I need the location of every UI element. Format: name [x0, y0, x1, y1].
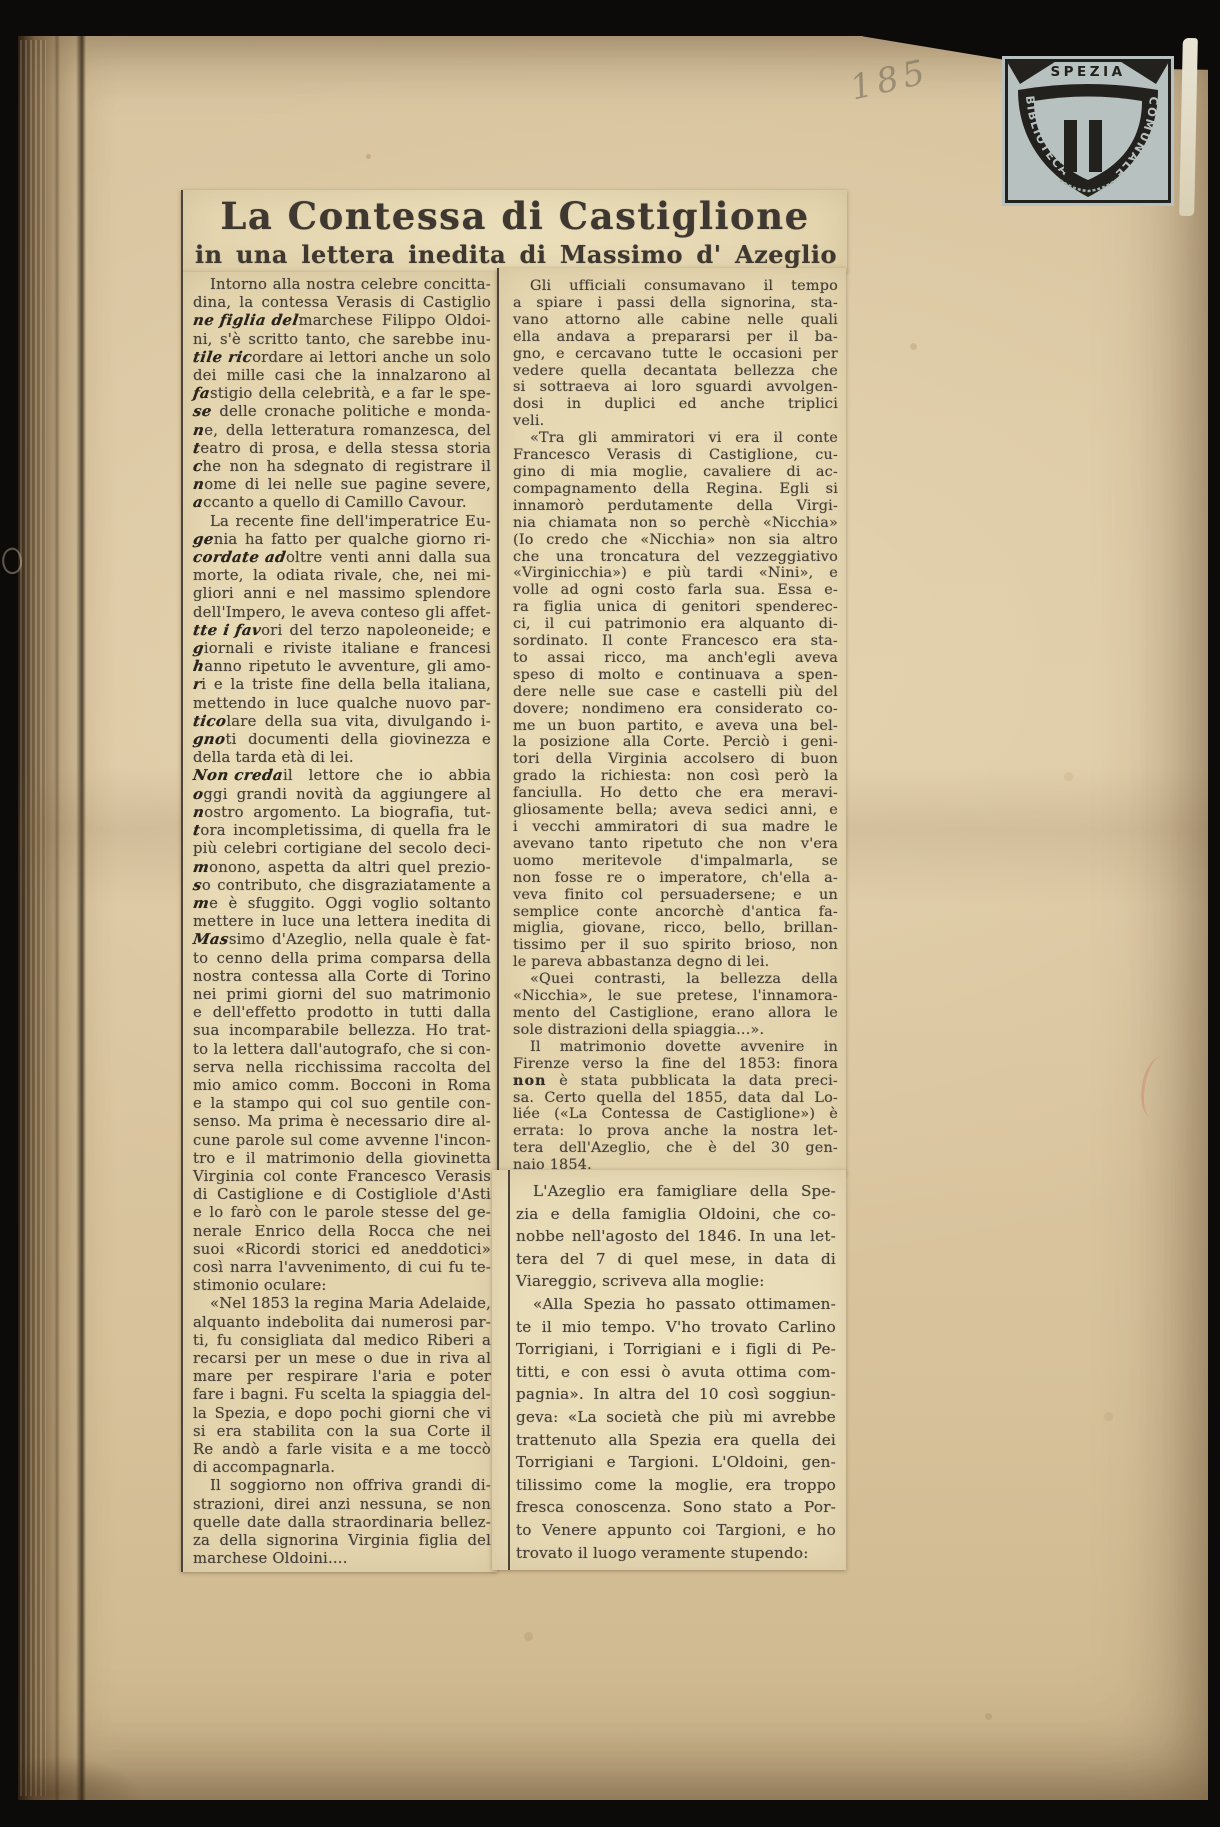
text-line: «Tra gli ammiratori vi era il conte — [513, 430, 838, 447]
text-line: nia chiamata non so perchè «Nicchia» — [513, 515, 838, 532]
text-line: ti, fu consigliata dal medico Riberi a — [193, 1332, 491, 1350]
stamp-numeral-bar — [1089, 120, 1102, 172]
text-line: cune parole sul come avvenne l'incon- — [193, 1132, 491, 1150]
text-line: le pareva abbastanza degno di lei. — [513, 954, 838, 971]
foxing-spots — [366, 154, 371, 159]
text-line: dovere; nondimeno era considerato co- — [513, 701, 838, 718]
text-line: oggi grandi novità da aggiungere al — [193, 786, 491, 804]
text-line: sole distrazioni della spiaggia...». — [513, 1022, 838, 1039]
text-line: grado la richiesta: non così però la — [513, 768, 838, 785]
text-line: semplice conte ancorchè d'antica fa- — [513, 904, 838, 921]
text-line: si era stabilita con la sua Corte il — [193, 1423, 491, 1441]
text-line: sordinato. Il conte Francesco era sta- — [513, 633, 838, 650]
handwritten-correction: a — [192, 494, 205, 512]
text-line: zia e della famiglia Oldoini, che co- — [516, 1203, 836, 1226]
text-line: Il soggiorno non offriva grandi di- — [193, 1477, 491, 1495]
text-line: L'Azeglio era famigliare della Spe- — [516, 1180, 836, 1203]
text-line: tori della Virginia accolsero di buon — [513, 751, 838, 768]
handwritten-correction: t — [192, 440, 202, 458]
text-line: nobbe nell'agosto del 1846. In una let- — [516, 1225, 836, 1248]
clipping-left-column: Intorno alla nostra celebre concitta-din… — [181, 272, 497, 1572]
text-line: Re andò a farle visita e a me toccò — [193, 1441, 491, 1459]
text-line: di accompagnarla. — [193, 1459, 491, 1477]
handwritten-correction: h — [192, 658, 206, 676]
text-line: miglia, giovane, ricco, bello, brillan- — [513, 920, 838, 937]
text-line: «Nel 1853 la regina Maria Adelaide, — [193, 1295, 491, 1313]
clipping-headline: La Contessa di Castiglione in una letter… — [181, 190, 847, 272]
text-line: volle ad ogni costo farla sua. Essa e- — [513, 582, 838, 599]
library-stamp: SPEZIA BIBLIOTECA COMUNALE — [1002, 56, 1174, 206]
handwritten-correction: tte i fav — [192, 622, 263, 640]
text-line: ella andava a prepararsi per il ba- — [513, 329, 838, 346]
text-line: za della signorina Virginia figlia del — [193, 1532, 491, 1550]
text-line: Francesco Verasis di Castiglione, cu- — [513, 447, 838, 464]
text-line: dere nelle sue case e castelli più del — [513, 684, 838, 701]
text-line: «Alla Spezia ho passato ottimamen- — [516, 1293, 836, 1316]
text-line: tera del 7 di quel mese, in data di — [516, 1248, 836, 1271]
text-line: più celebri cortigiane del secolo deci- — [193, 840, 491, 858]
text-line: i vecchi ammiratori di sua madre le — [513, 819, 838, 836]
handwritten-correction: m — [192, 895, 211, 913]
text-line: sa. Certo quella del 1855, data dal Lo- — [513, 1090, 838, 1107]
handwritten-correction: o — [192, 786, 205, 804]
text-line: marchese Oldoini.... — [193, 1550, 491, 1568]
handwritten-correction: m — [192, 859, 211, 877]
article-title: La Contessa di Castiglione — [183, 194, 847, 238]
text-line: fresca conoscenza. Sono stato a Por- — [516, 1496, 836, 1519]
text-line: vedere quella decantata bellezza che — [513, 363, 838, 380]
text-line: non è stata pubblicata la data preci- — [513, 1073, 838, 1090]
text-line: trovato il luogo veramente stupendo: — [516, 1542, 836, 1565]
text-line: fare i bagni. Fu scelta la spiaggia del- — [193, 1386, 491, 1404]
page-stack-edges — [20, 40, 46, 1796]
text-line: innamorò perdutamente della Virgi- — [513, 498, 838, 515]
clipping-right-column-lower: L'Azeglio era famigliare della Spe-zia e… — [492, 1170, 846, 1570]
text-line: Virginia col conte Francesco Verasis — [193, 1168, 491, 1186]
text-line: e lo farò con le parole stesse del ge- — [193, 1204, 491, 1222]
text-line: quelle date dalla straordinaria bellez- — [193, 1514, 491, 1532]
text-line: dosi in duplici ed anche triplici — [513, 396, 838, 413]
text-line: errata: lo prova anche la nostra let- — [513, 1123, 838, 1140]
text-line: fanciulla. Ho detto che era meravi- — [513, 785, 838, 802]
text-line: gliosamente bella; aveva sedici anni, e — [513, 802, 838, 819]
text-line: giornali e riviste italiane e francesi — [193, 640, 491, 658]
text-line: se delle cronache politiche e monda- — [193, 403, 491, 421]
text-line: te il mio tempo. V'ho trovato Carlino — [516, 1316, 836, 1339]
text-line: veli. — [513, 413, 838, 430]
text-line: Viareggio, scriveva alla moglie: — [516, 1270, 836, 1293]
text-line: hanno ripetuto le avventure, gli amo- — [193, 658, 491, 676]
text-line: e la stampo qui col suo gentile con- — [193, 1095, 491, 1113]
handwritten-correction: Mas — [192, 931, 230, 949]
text-line: Gli ufficiali consumavano il tempo — [513, 278, 838, 295]
handwritten-correction: gno — [192, 731, 227, 749]
scanned-album-page: 185 SPEZIA BIBLIOTECA COMUNALE La Contes… — [0, 0, 1220, 1827]
text-line: pagnia». In altra del 10 così soggiun- — [516, 1383, 836, 1406]
text-line: ri e la triste fine della bella italiana… — [193, 676, 491, 694]
text-line: «Quei contrasti, la bellezza della — [513, 971, 838, 988]
text-line: ni, s'è scritto tanto, che sarebbe inu- — [193, 331, 491, 349]
text-line: Torrigiani, i Torrigiani e i figli di Pe… — [516, 1338, 836, 1361]
text-line: compagnamento della Regina. Egli si — [513, 481, 838, 498]
text-line: suoi «Ricordi storici ed aneddotici» — [193, 1241, 491, 1259]
text-line: «Nicchia», le sue pretese, l'innamora- — [513, 988, 838, 1005]
text-line: la posizione alla Corte. Perciò i geni- — [513, 734, 838, 751]
text-line: Firenze verso la fine del 1853: finora — [513, 1056, 838, 1073]
text-line: della tarda età di lei. — [193, 749, 491, 767]
text-line: me un buon partito, e aveva una bel- — [513, 718, 838, 735]
text-line: non fosse re o imperatore, ch'ella a- — [513, 870, 838, 887]
text-line: La recente fine dell'imperatrice Eu- — [193, 513, 491, 531]
text-line: dina, la contessa Verasis di Castiglio — [193, 294, 491, 312]
text-line: accanto a quello di Camillo Cavour. — [193, 494, 491, 512]
text-line: a spiare i passi della signorina, sta- — [513, 295, 838, 312]
text-line: cordate ad oltre venti anni dalla sua — [193, 549, 491, 567]
stamp-text-top: SPEZIA — [1050, 64, 1125, 80]
text-line: ci, il cui patrimonio era alquanto di- — [513, 616, 838, 633]
text-line: mettere in luce una lettera inedita di — [193, 913, 491, 931]
text-line: si sottraeva ai loro sguardi avvolgen- — [513, 379, 838, 396]
text-line: di Castiglione e di Costigliole d'Asti — [193, 1186, 491, 1204]
book-spine-shadow — [18, 36, 118, 1800]
text-line: gno, e cercavano tutte le occasioni per — [513, 346, 838, 363]
text-line: teatro di prosa, e della stessa storia — [193, 440, 491, 458]
text-line: gnoti documenti della giovinezza e — [193, 731, 491, 749]
text-line: dell'Impero, le aveva conteso gli affet- — [193, 604, 491, 622]
text-line: to assai ricco, ma anch'egli aveva — [513, 650, 838, 667]
corner-shadow — [18, 1736, 178, 1800]
handwritten-correction: tile ric — [192, 349, 254, 367]
text-line: liée («La Contessa de Castiglione») è — [513, 1106, 838, 1123]
handwritten-correction: se — [192, 403, 213, 421]
handwritten-correction: tico — [192, 713, 228, 731]
handwritten-correction: n — [192, 476, 206, 494]
text-line: gino di mia moglie, cavaliere di ac- — [513, 464, 838, 481]
handwritten-correction: n — [192, 804, 206, 822]
text-line: e dell'effetto prodotto in tutti dalla — [193, 1004, 491, 1022]
handwritten-correction: ge — [192, 531, 215, 549]
text-line: so contributo, che disgraziatamente a — [193, 877, 491, 895]
handwritten-correction: c — [192, 458, 204, 476]
handwritten-correction: ne figlia del — [192, 312, 300, 330]
text-line: ticolare della sua vita, divulgando i- — [193, 713, 491, 731]
text-line: dei mille casi che la innalzarono al — [193, 367, 491, 385]
handwritten-correction: r — [192, 676, 203, 694]
text-line: me è sfuggito. Oggi voglio soltanto — [193, 895, 491, 913]
text-line: Intorno alla nostra celebre concitta- — [193, 276, 491, 294]
text-line: ne figlia del marchese Filippo Oldoi- — [193, 312, 491, 330]
text-line: mettendo in luce qualche nuovo par- — [193, 695, 491, 713]
handwritten-correction: fa — [192, 385, 212, 403]
text-line: ne, della letteratura romanzesca, del — [193, 422, 491, 440]
text-line: to Venere appunto coi Targioni, e ho — [516, 1519, 836, 1542]
handwritten-correction: cordate ad — [192, 549, 288, 567]
text-line: morte, la odiata rivale, che, nei mi- — [193, 567, 491, 585]
text-line: nei primi giorni del suo matrimonio — [193, 986, 491, 1004]
text-line: tte i favori del terzo napoleoneide; e — [193, 622, 491, 640]
text-line: monono, aspetta da altri quel prezio- — [193, 859, 491, 877]
text-line: mare per respirare l'aria e poter — [193, 1368, 491, 1386]
text-line: nostra contessa alla Corte di Torino — [193, 968, 491, 986]
text-line: Non creda il lettore che io abbia — [193, 767, 491, 785]
page-crease-secondary — [54, 36, 60, 1800]
text-line: tile ricordare ai lettori anche un solo — [193, 349, 491, 367]
text-line: stimonio oculare: — [193, 1277, 491, 1295]
text-line: genia ha fatto per qualche giorno ri- — [193, 531, 491, 549]
text-line: mio amico comm. Bocconi in Roma — [193, 1077, 491, 1095]
text-line: Torrigiani e Targioni. L'Oldoini, gen- — [516, 1451, 836, 1474]
text-line: tissimo per il suo spirito brioso, non — [513, 937, 838, 954]
text-line: la Spezia, e dopo pochi giorni che vi — [193, 1405, 491, 1423]
handwritten-correction: Non creda — [192, 767, 285, 785]
article-subtitle: in una lettera inedita di Massimo d' Aze… — [183, 238, 847, 269]
text-line: nerale Enrico della Rocca che nei — [193, 1223, 491, 1241]
text-line: avevano tanto ripetuto che non v'era — [513, 836, 838, 853]
text-line: nome di lei nelle sue pagine severe, — [193, 476, 491, 494]
handwritten-correction: t — [192, 822, 202, 840]
text-line: geva: «La società che più mi avrebbe — [516, 1406, 836, 1429]
handwritten-correction: n — [192, 422, 206, 440]
stamp-numeral-bar — [1064, 120, 1077, 172]
text-line: recarsi per un mese o due in riva al — [193, 1350, 491, 1368]
text-line: (Io credo che «Nicchia» non sia altro — [513, 532, 838, 549]
text-line: sua incomparabile bellezza. Ho trat- — [193, 1022, 491, 1040]
text-line: gliori anni e nel massimo splendore — [193, 585, 491, 603]
page-crease — [76, 36, 86, 1800]
text-line: speso di molto e continuava a spen- — [513, 667, 838, 684]
text-line: to la lettera dall'autografo, che si con… — [193, 1041, 491, 1059]
text-line: veva finito col persuadersene; e un — [513, 887, 838, 904]
text-line: tera dell'Azeglio, che è del 30 gen- — [513, 1140, 838, 1157]
text-line: vano attorno alle cabine nelle quali — [513, 312, 838, 329]
text-line: Massimo d'Azeglio, nella quale è fat- — [193, 931, 491, 949]
text-line: ra figlia unica di genitori spenderec- — [513, 599, 838, 616]
text-line: così narra l'avvenimento, di cui fu te- — [193, 1259, 491, 1277]
text-line: che una troncatura del vezzeggiativo — [513, 549, 838, 566]
text-line: fastigio della celebrità, e a far le spe… — [193, 385, 491, 403]
text-line: tora incompletissima, di quella fra le — [193, 822, 491, 840]
text-line: tilissimo come la moglie, era troppo — [516, 1474, 836, 1497]
text-line: titti, e con essi ò avuta ottima com- — [516, 1361, 836, 1384]
text-line: senso. Ma prima è necessario dire al- — [193, 1113, 491, 1131]
clipping-right-column-upper: Gli ufficiali consumavano il tempoa spia… — [497, 268, 846, 1174]
text-line: tro e il matrimonio della giovinetta — [193, 1150, 491, 1168]
handwritten-correction: g — [192, 640, 205, 658]
text-line: trattenuto alla Spezia era quella dei — [516, 1429, 836, 1452]
text-line: to cenno della prima comparsa della — [193, 950, 491, 968]
text-line: alquanto indebolita dai numerosi par- — [193, 1314, 491, 1332]
text-line: serva nella ricchissima raccolta del — [193, 1059, 491, 1077]
text-line: mento del Castiglione, erano allora le — [513, 1005, 838, 1022]
text-line: che non ha sdegnato di registrare il — [193, 458, 491, 476]
handwritten-correction: s — [192, 877, 203, 895]
bold-word: non — [513, 1072, 547, 1089]
text-line: uomo meritevole d'impalmarla, se — [513, 853, 838, 870]
text-line: nostro argomento. La biografia, tut- — [193, 804, 491, 822]
text-line: «Virginicchia») e più tardi «Nini», e — [513, 565, 838, 582]
text-line: strazioni, direi anzi nessuna, se non — [193, 1496, 491, 1514]
text-line: Il matrimonio dovette avvenire in — [513, 1039, 838, 1056]
